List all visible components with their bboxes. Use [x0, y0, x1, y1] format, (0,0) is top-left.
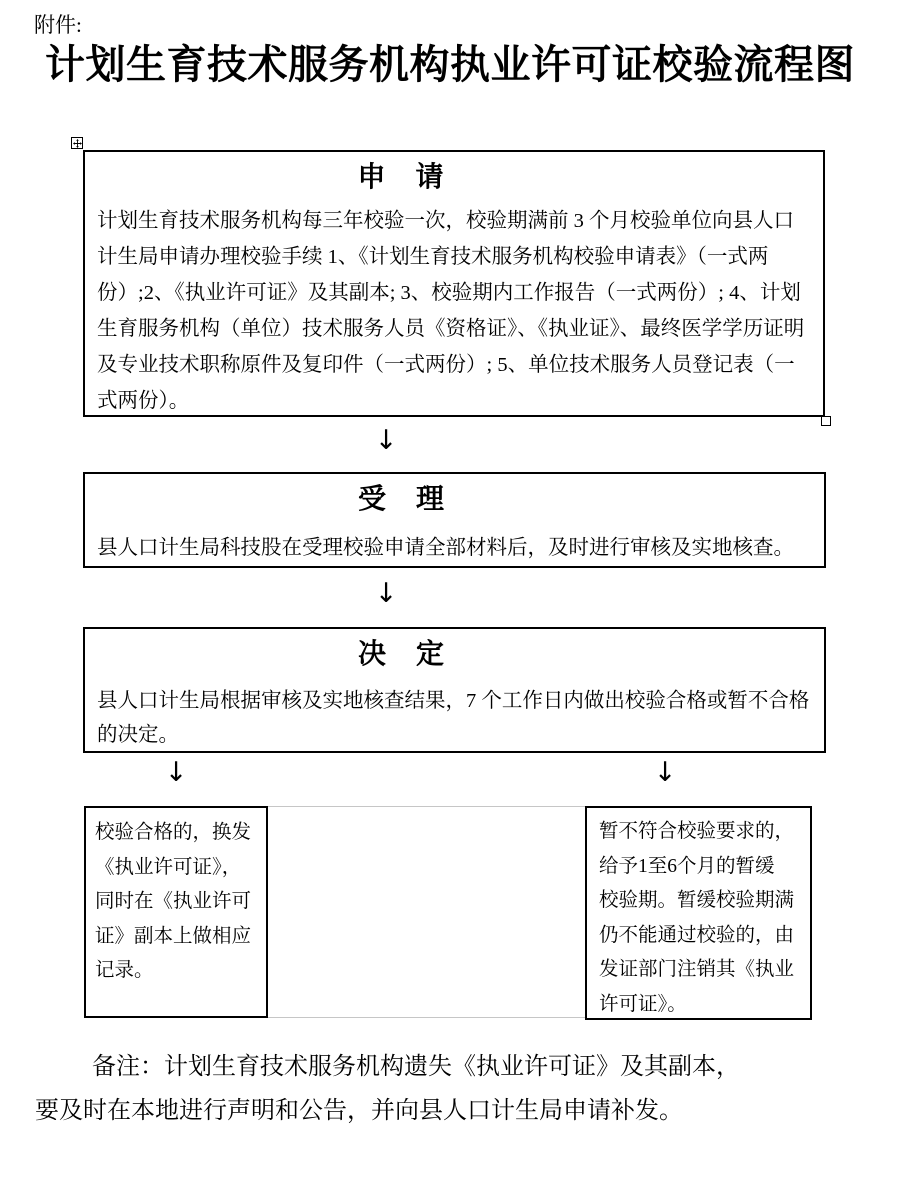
attachment-label: 附件:: [34, 12, 82, 38]
page-title: 计划生育技术服务机构执业许可证校验流程图: [0, 41, 900, 89]
outcome-pass-box: 校验合格的，换发 《执业许可证》， 同时在《执业许可 证》副本上做相应 记录。: [84, 806, 268, 1018]
flow-step-acceptance-body: 县人口计生局科技股在受理校验申请全部材料后，及时进行审核及实地核查。: [97, 531, 814, 565]
document-page: 附件: 计划生育技术服务机构执业许可证校验流程图 申 请 计划生育技术服务机构每…: [0, 0, 900, 1196]
table-move-handle[interactable]: [71, 137, 83, 149]
flow-step-acceptance-title: 受 理: [97, 482, 814, 518]
table-resize-handle[interactable]: [821, 416, 831, 426]
flow-step-acceptance: 受 理 县人口计生局科技股在受理校验申请全部材料后，及时进行审核及实地核查。: [83, 472, 826, 568]
outcome-row-connector: [268, 806, 585, 1018]
down-arrow-icon: ↓: [371, 425, 401, 457]
down-arrow-icon: ↓: [650, 757, 680, 789]
outcome-fail-box: 暂不符合校验要求的， 给予1至6个月的暂缓 校验期。暂缓校验期满 仍不能通过校验…: [585, 806, 812, 1020]
flow-step-application-body: 计划生育技术服务机构每三年校验一次，校验期满前 3 个月校验单位向县人口计生局申…: [97, 203, 813, 419]
flow-step-decision: 决 定 县人口计生局根据审核及实地核查结果，7 个工作日内做出校验合格或暂不合格…: [83, 627, 826, 753]
down-arrow-icon: ↓: [371, 578, 401, 610]
remark-note: 备注：计划生育技术服务机构遗失《执业许可证》及其副本， 要及时在本地进行声明和公…: [35, 1045, 865, 1133]
flow-step-application: 申 请 计划生育技术服务机构每三年校验一次，校验期满前 3 个月校验单位向县人口…: [83, 150, 825, 417]
flow-step-application-title: 申 请: [97, 160, 813, 196]
move-icon: [73, 139, 82, 148]
flow-step-decision-body: 县人口计生局根据审核及实地核查结果，7 个工作日内做出校验合格或暂不合格的决定。: [97, 684, 814, 752]
down-arrow-icon: ↓: [161, 757, 191, 789]
flow-step-decision-title: 决 定: [97, 637, 814, 673]
